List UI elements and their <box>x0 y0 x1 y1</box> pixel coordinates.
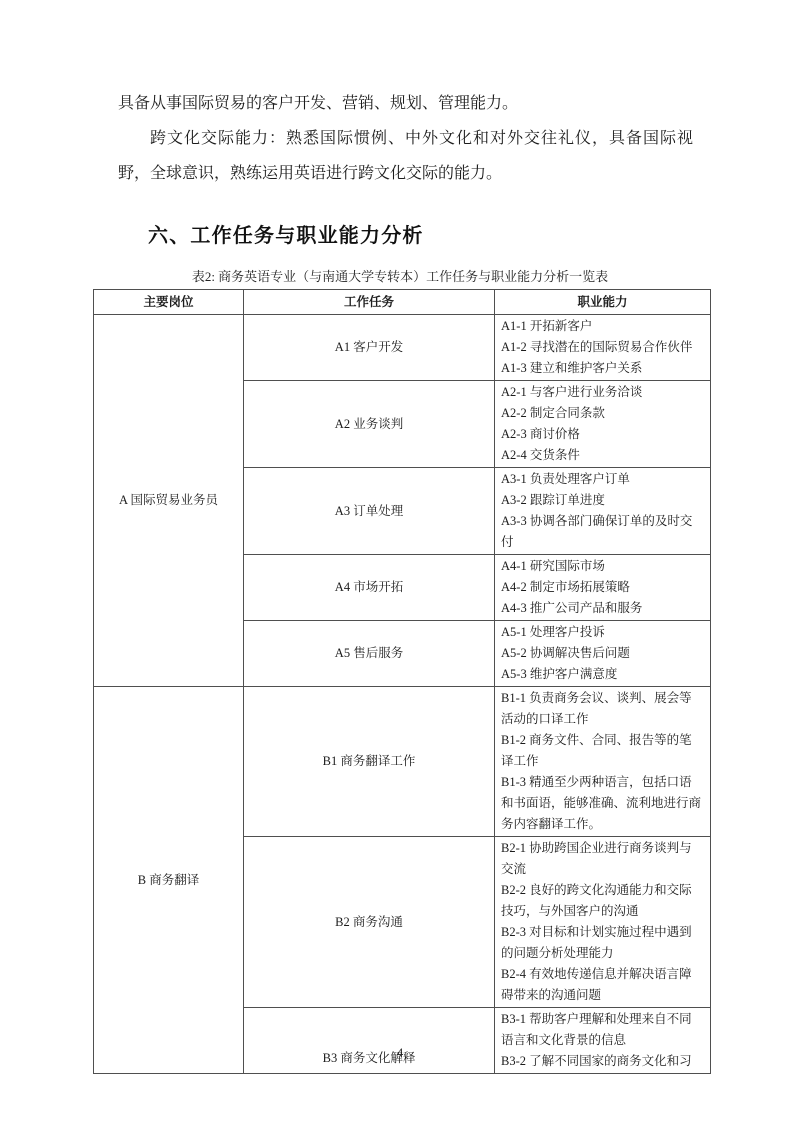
header-main-position: 主要岗位 <box>94 290 244 315</box>
ability-item: A5-3 维护客户满意度 <box>501 664 704 685</box>
ability-item: B2-1 协助跨国企业进行商务谈判与交流 <box>501 838 704 880</box>
ability-item: A4-2 制定市场拓展策略 <box>501 577 704 598</box>
table-header-row: 主要岗位 工作任务 职业能力 <box>94 290 711 315</box>
section-heading: 六、工作任务与职业能力分析 <box>148 219 424 248</box>
document-page: 具备从事国际贸易的客户开发、营销、规划、管理能力。 跨文化交际能力：熟悉国际惯例… <box>0 0 800 1131</box>
ability-item: A2-2 制定合同条款 <box>501 403 704 424</box>
abilities-cell-b2: B2-1 协助跨国企业进行商务谈判与交流 B2-2 良好的跨文化沟通能力和交际技… <box>495 837 711 1008</box>
task-ability-table: 主要岗位 工作任务 职业能力 A 国际贸易业务员 A1 客户开发 A1-1 开拓… <box>93 289 711 1074</box>
body-paragraph-continuation: 具备从事国际贸易的客户开发、营销、规划、管理能力。 <box>118 86 693 121</box>
task-cell-a1: A1 客户开发 <box>244 315 495 381</box>
abilities-cell-a5: A5-1 处理客户投诉 A5-2 协调解决售后问题 A5-3 维护客户满意度 <box>495 621 711 687</box>
abilities-cell-a2: A2-1 与客户进行业务洽谈 A2-2 制定合同条款 A2-3 商讨价格 A2-… <box>495 381 711 468</box>
ability-item: A4-1 研究国际市场 <box>501 556 704 577</box>
ability-item: A2-3 商讨价格 <box>501 424 704 445</box>
ability-item: A1-2 寻找潜在的国际贸易合作伙伴 <box>501 337 704 358</box>
table-row-b1: B 商务翻译 B1 商务翻译工作 B1-1 负责商务会议、谈判、展会等活动的口译… <box>94 687 711 837</box>
task-cell-a5: A5 售后服务 <box>244 621 495 687</box>
header-work-task: 工作任务 <box>244 290 495 315</box>
table-row-a1: A 国际贸易业务员 A1 客户开发 A1-1 开拓新客户 A1-2 寻找潜在的国… <box>94 315 711 381</box>
task-cell-a4: A4 市场开拓 <box>244 555 495 621</box>
task-cell-b1: B1 商务翻译工作 <box>244 687 495 837</box>
ability-item: A5-1 处理客户投诉 <box>501 622 704 643</box>
ability-item: A5-2 协调解决售后问题 <box>501 643 704 664</box>
abilities-cell-b1: B1-1 负责商务会议、谈判、展会等活动的口译工作 B1-2 商务文件、合同、报… <box>495 687 711 837</box>
ability-item: A1-1 开拓新客户 <box>501 316 704 337</box>
ability-item: A4-3 推广公司产品和服务 <box>501 598 704 619</box>
position-cell-a: A 国际贸易业务员 <box>94 315 244 687</box>
task-cell-a3: A3 订单处理 <box>244 468 495 555</box>
ability-item: A1-3 建立和维护客户关系 <box>501 358 704 379</box>
ability-item: A3-2 跟踪订单进度 <box>501 490 704 511</box>
ability-item: B1-2 商务文件、合同、报告等的笔译工作 <box>501 730 704 772</box>
abilities-cell-a3: A3-1 负责处理客户订单 A3-2 跟踪订单进度 A3-3 协调各部门确保订单… <box>495 468 711 555</box>
abilities-cell-b3: B3-1 帮助客户理解和处理来自不同语言和文化背景的信息 B3-2 了解不同国家… <box>495 1008 711 1074</box>
ability-item: B1-3 精通至少两种语言，包括口语和书面语，能够准确、流利地进行商务内容翻译工… <box>501 772 704 835</box>
body-paragraph-cross-culture: 跨文化交际能力：熟悉国际惯例、中外文化和对外交往礼仪，具备国际视野，全球意识，熟… <box>118 121 693 191</box>
abilities-cell-a1: A1-1 开拓新客户 A1-2 寻找潜在的国际贸易合作伙伴 A1-3 建立和维护… <box>495 315 711 381</box>
ability-item: A2-4 交货条件 <box>501 445 704 466</box>
ability-item: B2-2 良好的跨文化沟通能力和交际技巧，与外国客户的沟通 <box>501 880 704 922</box>
task-cell-b2: B2 商务沟通 <box>244 837 495 1008</box>
ability-item: A3-3 协调各部门确保订单的及时交付 <box>501 511 704 553</box>
ability-item: B2-3 对目标和计划实施过程中遇到的问题分析处理能力 <box>501 922 704 964</box>
ability-item: B2-4 有效地传递信息并解决语言障碍带来的沟通问题 <box>501 964 704 1006</box>
position-cell-b: B 商务翻译 <box>94 687 244 1074</box>
task-cell-b3: B3 商务文化解释 <box>244 1008 495 1074</box>
header-professional-ability: 职业能力 <box>495 290 711 315</box>
abilities-cell-a4: A4-1 研究国际市场 A4-2 制定市场拓展策略 A4-3 推广公司产品和服务 <box>495 555 711 621</box>
ability-item: A3-1 负责处理客户订单 <box>501 469 704 490</box>
page-number: 4 <box>0 1045 800 1061</box>
body-text-block: 具备从事国际贸易的客户开发、营销、规划、管理能力。 跨文化交际能力：熟悉国际惯例… <box>118 86 693 191</box>
ability-item: A2-1 与客户进行业务洽谈 <box>501 382 704 403</box>
ability-item: B1-1 负责商务会议、谈判、展会等活动的口译工作 <box>501 688 704 730</box>
table-caption: 表2: 商务英语专业（与南通大学专转本）工作任务与职业能力分析一览表 <box>0 266 800 285</box>
task-cell-a2: A2 业务谈判 <box>244 381 495 468</box>
